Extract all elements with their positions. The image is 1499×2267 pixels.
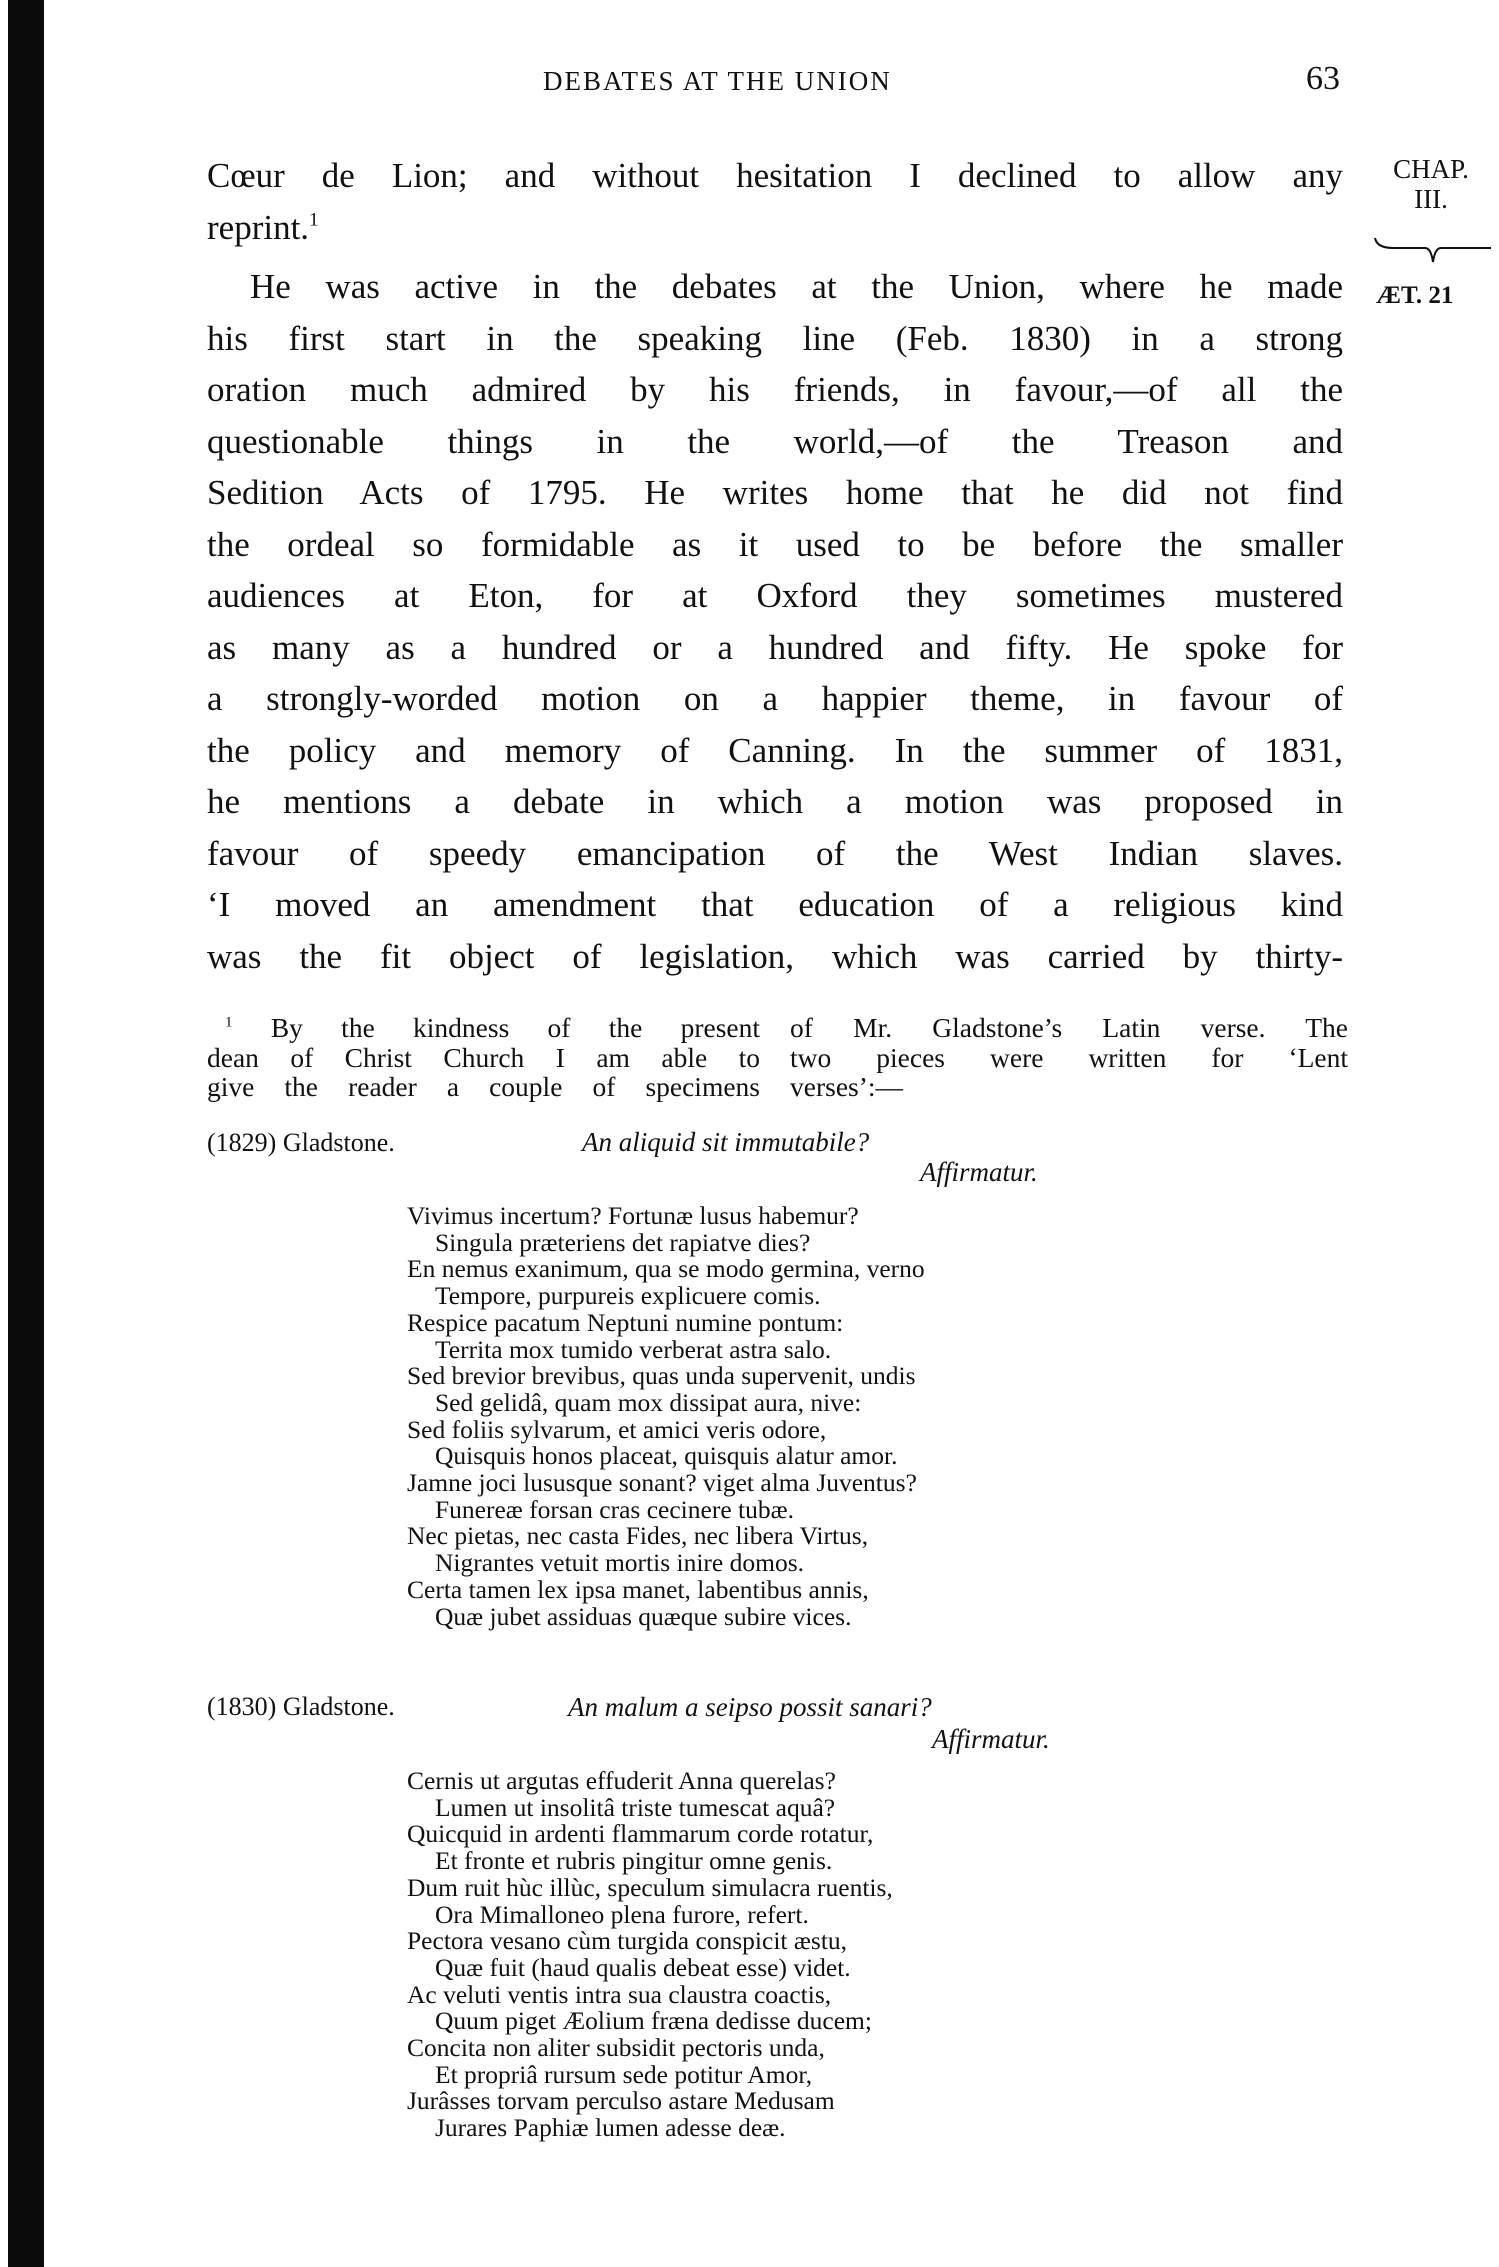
footnote-text: By the kindness of the present xyxy=(271,1012,760,1043)
body-line: questionable things in the world,—of the… xyxy=(207,416,1343,468)
poem-label: (1830) Gladstone. xyxy=(207,1692,395,1722)
poem-title: An aliquid sit immutabile? xyxy=(582,1127,869,1158)
footnote-line: dean of Christ Church I am able to xyxy=(207,1043,760,1073)
footnote-line: give the reader a couple of specimens xyxy=(207,1072,760,1102)
footnote-marker: 1 xyxy=(225,1014,233,1030)
poem-verdict: Affirmatur. xyxy=(920,1157,1038,1188)
poem-verses: Cernis ut argutas effuderit Anna querela… xyxy=(407,1768,893,2142)
footnote-line: verses’:— xyxy=(790,1072,1348,1102)
poem-label: (1829) Gladstone. xyxy=(207,1128,395,1158)
verse-line: Tempore, purpureis explicuere comis. xyxy=(407,1283,925,1310)
verse-line: En nemus exanimum, qua se modo germina, … xyxy=(407,1256,925,1283)
body-line: he mentions a debate in which a motion w… xyxy=(207,776,1343,828)
verse-line: Certa tamen lex ipsa manet, labentibus a… xyxy=(407,1577,925,1604)
body-line: his first start in the speaking line (Fe… xyxy=(207,313,1343,365)
body-line: favour of speedy emancipation of the Wes… xyxy=(207,828,1343,880)
page-number: 63 xyxy=(1306,60,1340,98)
body-line-with-footnote: reprint.1 xyxy=(207,202,1343,254)
verse-line: Vivimus incertum? Fortunæ lusus habemur? xyxy=(407,1203,925,1230)
body-line: the policy and memory of Canning. In the… xyxy=(207,725,1343,777)
verse-line: Jurâsses torvam perculso astare Medusam xyxy=(407,2088,893,2115)
verse-line: Sed foliis sylvarum, et amici veris odor… xyxy=(407,1417,925,1444)
body-line: the ordeal so formidable as it used to b… xyxy=(207,519,1343,571)
verse-line: Ora Mimalloneo plena furore, refert. xyxy=(407,1902,893,1929)
verse-line: Concita non aliter subsidit pectoris und… xyxy=(407,2035,893,2062)
poem-verses: Vivimus incertum? Fortunæ lusus habemur?… xyxy=(407,1203,925,1630)
verse-line: Quæ fuit (haud qualis debeat esse) videt… xyxy=(407,1955,893,1982)
page-spine-edge xyxy=(8,0,44,2267)
verse-line: Lumen ut insolitâ triste tumescat aquâ? xyxy=(407,1795,893,1822)
poem-verdict: Affirmatur. xyxy=(932,1724,1050,1755)
chapter-number: III. xyxy=(1376,184,1486,214)
chapter-label: CHAP. xyxy=(1376,154,1486,184)
verse-line: Singula præteriens det rapiatve dies? xyxy=(407,1230,925,1257)
margin-chapter-note: CHAP. III. xyxy=(1376,154,1486,214)
poem-title: An malum a seipso possit sanari? xyxy=(568,1692,932,1723)
verse-line: Quisquis honos placeat, quisquis alatur … xyxy=(407,1443,925,1470)
verse-line: Jurares Paphiæ lumen adesse deæ. xyxy=(407,2115,893,2142)
verse-line: Funereæ forsan cras cecinere tubæ. xyxy=(407,1497,925,1524)
verse-line: Et propriâ rursum sede potitur Amor, xyxy=(407,2062,893,2089)
verse-line: Quum piget Æolium fræna dedisse ducem; xyxy=(407,2008,893,2035)
body-line: was the fit object of legislation, which… xyxy=(207,931,1343,983)
body-line: Sedition Acts of 1795. He writes home th… xyxy=(207,467,1343,519)
body-line: audiences at Eton, for at Oxford they so… xyxy=(207,570,1343,622)
verse-line: Sed brevior brevibus, quas unda superven… xyxy=(407,1363,925,1390)
verse-line: Respice pacatum Neptuni numine pontum: xyxy=(407,1310,925,1337)
margin-age-note: ÆT. 21 xyxy=(1376,282,1453,310)
footnote-line: of Mr. Gladstone’s Latin verse. The xyxy=(790,1013,1348,1043)
body-line: Cœur de Lion; and without hesitation I d… xyxy=(207,150,1343,202)
verse-line: Ac veluti ventis intra sua claustra coac… xyxy=(407,1982,893,2009)
verse-line: Dum ruit hùc illùc, speculum simulacra r… xyxy=(407,1875,893,1902)
verse-line: Et fronte et rubris pingitur omne genis. xyxy=(407,1848,893,1875)
verse-line: Nec pietas, nec casta Fides, nec libera … xyxy=(407,1523,925,1550)
footnote-right-column: of Mr. Gladstone’s Latin verse. The two … xyxy=(790,1013,1348,1102)
footnote-line: two pieces were written for ‘Lent xyxy=(790,1043,1348,1073)
body-line: as many as a hundred or a hundred and fi… xyxy=(207,622,1343,674)
footnote-line: 1 By the kindness of the present xyxy=(207,1013,760,1043)
footnote-left-column: 1 By the kindness of the present dean of… xyxy=(207,1013,760,1102)
verse-line: Pectora vesano cùm turgida conspicit æst… xyxy=(407,1928,893,1955)
body-line: a strongly-worded motion on a happier th… xyxy=(207,673,1343,725)
footnote-ref[interactable]: 1 xyxy=(309,209,319,230)
verse-line: Quæ jubet assiduas quæque subire vices. xyxy=(407,1604,925,1631)
verse-line: Jamne joci lususque sonant? viget alma J… xyxy=(407,1470,925,1497)
running-head: DEBATES AT THE UNION xyxy=(543,66,892,97)
verse-line: Sed gelidâ, quam mox dissipat aura, nive… xyxy=(407,1390,925,1417)
verse-line: Quicquid in ardenti flammarum corde rota… xyxy=(407,1821,893,1848)
brace-icon xyxy=(1373,236,1493,266)
body-paragraphs: Cœur de Lion; and without hesitation I d… xyxy=(207,150,1343,982)
verse-line: Cernis ut argutas effuderit Anna querela… xyxy=(407,1768,893,1795)
body-line: oration much admired by his friends, in … xyxy=(207,364,1343,416)
verse-line: Nigrantes vetuit mortis inire domos. xyxy=(407,1550,925,1577)
verse-line: Territa mox tumido verberat astra salo. xyxy=(407,1337,925,1364)
body-line: ‘I moved an amendment that education of … xyxy=(207,879,1343,931)
body-line-text: reprint. xyxy=(207,208,309,247)
body-line: He was active in the debates at the Unio… xyxy=(207,261,1343,313)
